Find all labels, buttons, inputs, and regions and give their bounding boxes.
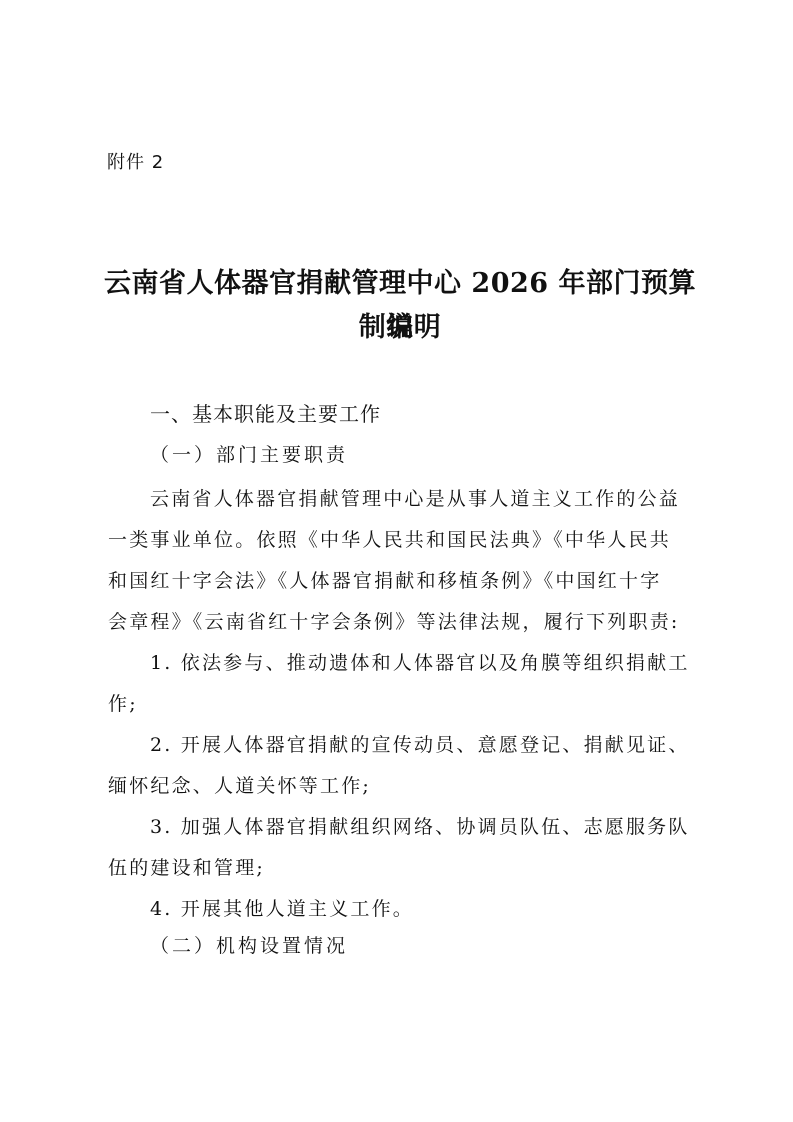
subsection-heading-main-duties: （一）部门主要职责 bbox=[150, 440, 348, 467]
document-page: 附件 2 云南省人体器官捐献管理中心 2026 年部门预算编 制说明 一、基本职… bbox=[0, 0, 793, 1122]
duty-item-3: 3. 加强人体器官捐献组织网络、协调员队伍、志愿服务队 bbox=[150, 812, 730, 839]
section-heading-basic-functions: 一、基本职能及主要工作 bbox=[150, 398, 381, 427]
paragraph-line: 会章程》《云南省红十字会条例》等法律法规，履行下列职责: bbox=[108, 607, 688, 634]
duty-item-1: 1. 依法参与、推动遗体和人体器官以及角膜等组织捐献工 bbox=[150, 648, 730, 675]
document-title-line-2: 制说明 bbox=[100, 306, 700, 350]
duty-item-3-cont: 伍的建设和管理; bbox=[108, 853, 688, 880]
paragraph-line: 一类事业单位。依照《中华人民共和国民法典》《中华人民共 bbox=[108, 525, 688, 552]
duty-item-4: 4. 开展其他人道主义工作。 bbox=[150, 894, 730, 921]
paragraph-line: 云南省人体器官捐献管理中心是从事人道主义工作的公益 bbox=[150, 484, 730, 511]
duty-item-1-cont: 作; bbox=[108, 689, 688, 716]
duty-item-2: 2. 开展人体器官捐献的宣传动员、意愿登记、捐献见证、 bbox=[150, 730, 730, 757]
attachment-label: 附件 2 bbox=[107, 148, 164, 174]
paragraph-line: 和国红十字会法》《人体器官捐献和移植条例》《中国红十字 bbox=[108, 566, 688, 593]
subsection-heading-organization: （二）机构设置情况 bbox=[150, 931, 348, 958]
duty-item-2-cont: 缅怀纪念、人道关怀等工作; bbox=[108, 771, 688, 798]
